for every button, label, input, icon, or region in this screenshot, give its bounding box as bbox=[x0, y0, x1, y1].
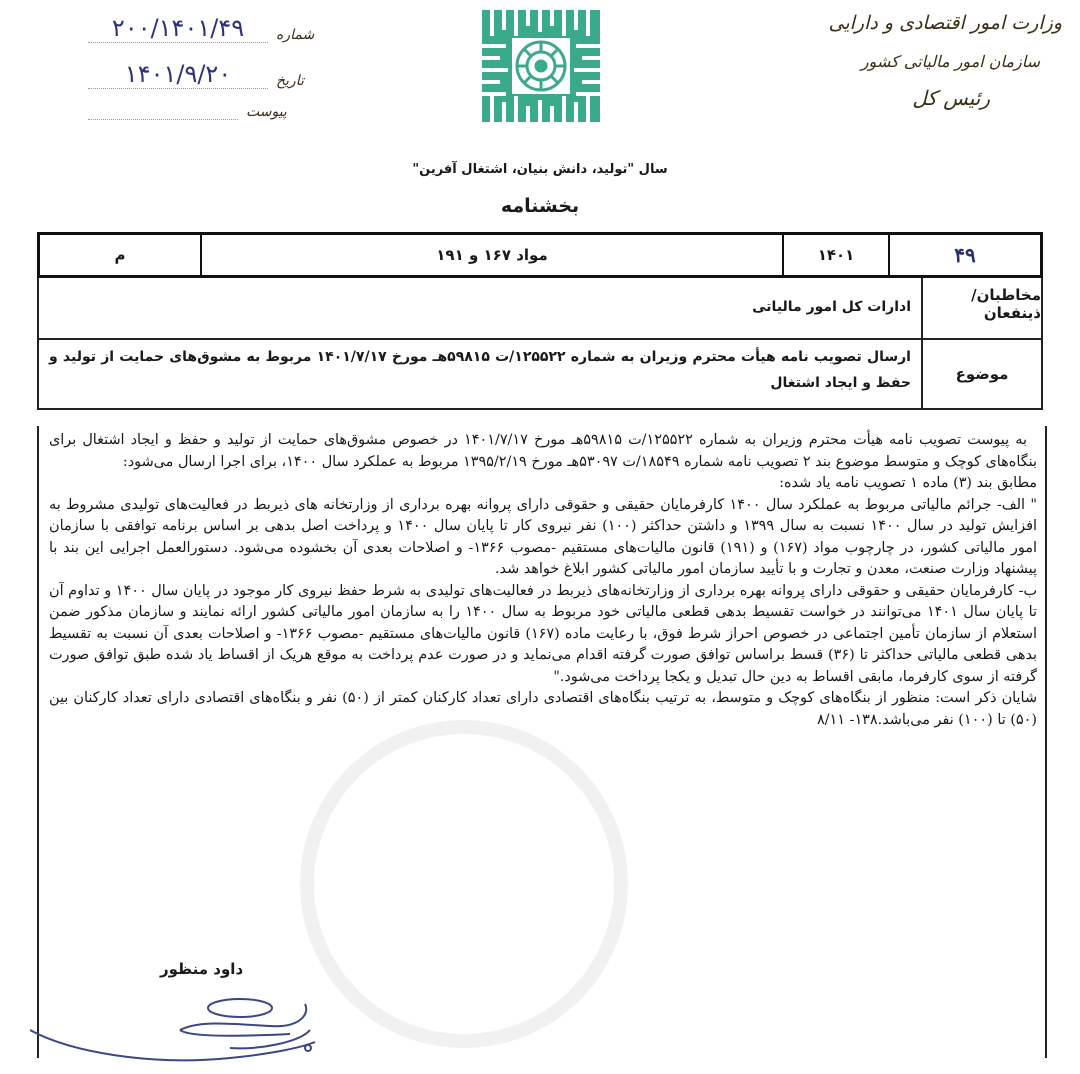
subject-row: موضوع ارسال تصویب نامه هیأت محترم وزیران… bbox=[37, 340, 1043, 410]
ministry-name: وزارت امور اقتصادی و دارایی bbox=[829, 12, 1062, 34]
year-slogan: سال "تولید، دانش بنیان، اشتغال آفرین" bbox=[380, 162, 700, 177]
audience-row: مخاطبان/ذینفعان ادارات کل امور مالیاتی bbox=[37, 278, 1043, 340]
letter-attachment-row: پیوست bbox=[88, 104, 287, 120]
circular-number: ۴۹ bbox=[954, 243, 975, 267]
letter-date-value: ۱۴۰۱/۹/۲۰ bbox=[88, 60, 268, 89]
signatory-name: داود منظور bbox=[160, 960, 243, 978]
letter-number-label: شماره bbox=[276, 27, 314, 43]
circular-body-text: به پیوست تصویب نامه هیأت محترم وزیران به… bbox=[39, 426, 1045, 731]
letter-attachment-value bbox=[88, 105, 238, 120]
letter-date-row: تاریخ ۱۴۰۱/۹/۲۰ bbox=[88, 60, 304, 89]
subject-label: موضوع bbox=[921, 340, 1041, 408]
letter-date-label: تاریخ bbox=[276, 73, 304, 89]
circular-articles: مواد ۱۶۷ و ۱۹۱ bbox=[436, 246, 547, 264]
body-paragraph-note: شایان ذکر است: منظور از بنگاه‌های کوچک و… bbox=[49, 688, 1037, 731]
circular-code-cell: م bbox=[40, 235, 200, 275]
tax-organization-logo-icon bbox=[478, 6, 604, 126]
circular-code: م bbox=[115, 246, 126, 264]
body-paragraph-intro: به پیوست تصویب نامه هیأت محترم وزیران به… bbox=[49, 430, 1037, 473]
circular-year-cell: ۱۴۰۱ bbox=[782, 235, 888, 275]
audience-value: ادارات کل امور مالیاتی bbox=[39, 278, 921, 338]
audience-label: مخاطبان/ذینفعان bbox=[921, 278, 1041, 338]
subject-value: ارسال تصویب نامه هیأت محترم وزیران به شم… bbox=[39, 340, 921, 408]
body-paragraph-clause-a: " الف- جرائم مالیاتی مربوط به عملکرد سال… bbox=[49, 495, 1037, 581]
circular-year: ۱۴۰۱ bbox=[818, 246, 855, 264]
letter-number-value: ۲۰۰/۱۴۰۱/۴۹ bbox=[88, 14, 268, 43]
body-paragraph-reference: مطابق بند (۳) ماده ۱ تصویب نامه یاد شده: bbox=[49, 473, 1037, 495]
body-paragraph-clause-b: ب- کارفرمایان حقیقی و حقوقی دارای پروانه… bbox=[49, 581, 1037, 689]
circular-articles-cell: مواد ۱۶۷ و ۱۹۱ bbox=[200, 235, 782, 275]
circular-number-cell: ۴۹ bbox=[888, 235, 1040, 275]
circular-info-row: ۴۹ ۱۴۰۱ مواد ۱۶۷ و ۱۹۱ م bbox=[37, 232, 1043, 278]
signature-scribble-icon bbox=[30, 990, 330, 1074]
letter-number-row: شماره ۲۰۰/۱۴۰۱/۴۹ bbox=[88, 14, 314, 43]
letter-attachment-label: پیوست bbox=[246, 104, 287, 120]
head-title: رئیس کل bbox=[912, 86, 990, 110]
organization-name: سازمان امور مالیاتی کشور bbox=[861, 52, 1040, 71]
circular-header-table: ۴۹ ۱۴۰۱ مواد ۱۶۷ و ۱۹۱ م مخاطبان/ذینفعان… bbox=[37, 232, 1043, 410]
document-type-title: بخشنامه bbox=[440, 195, 640, 217]
